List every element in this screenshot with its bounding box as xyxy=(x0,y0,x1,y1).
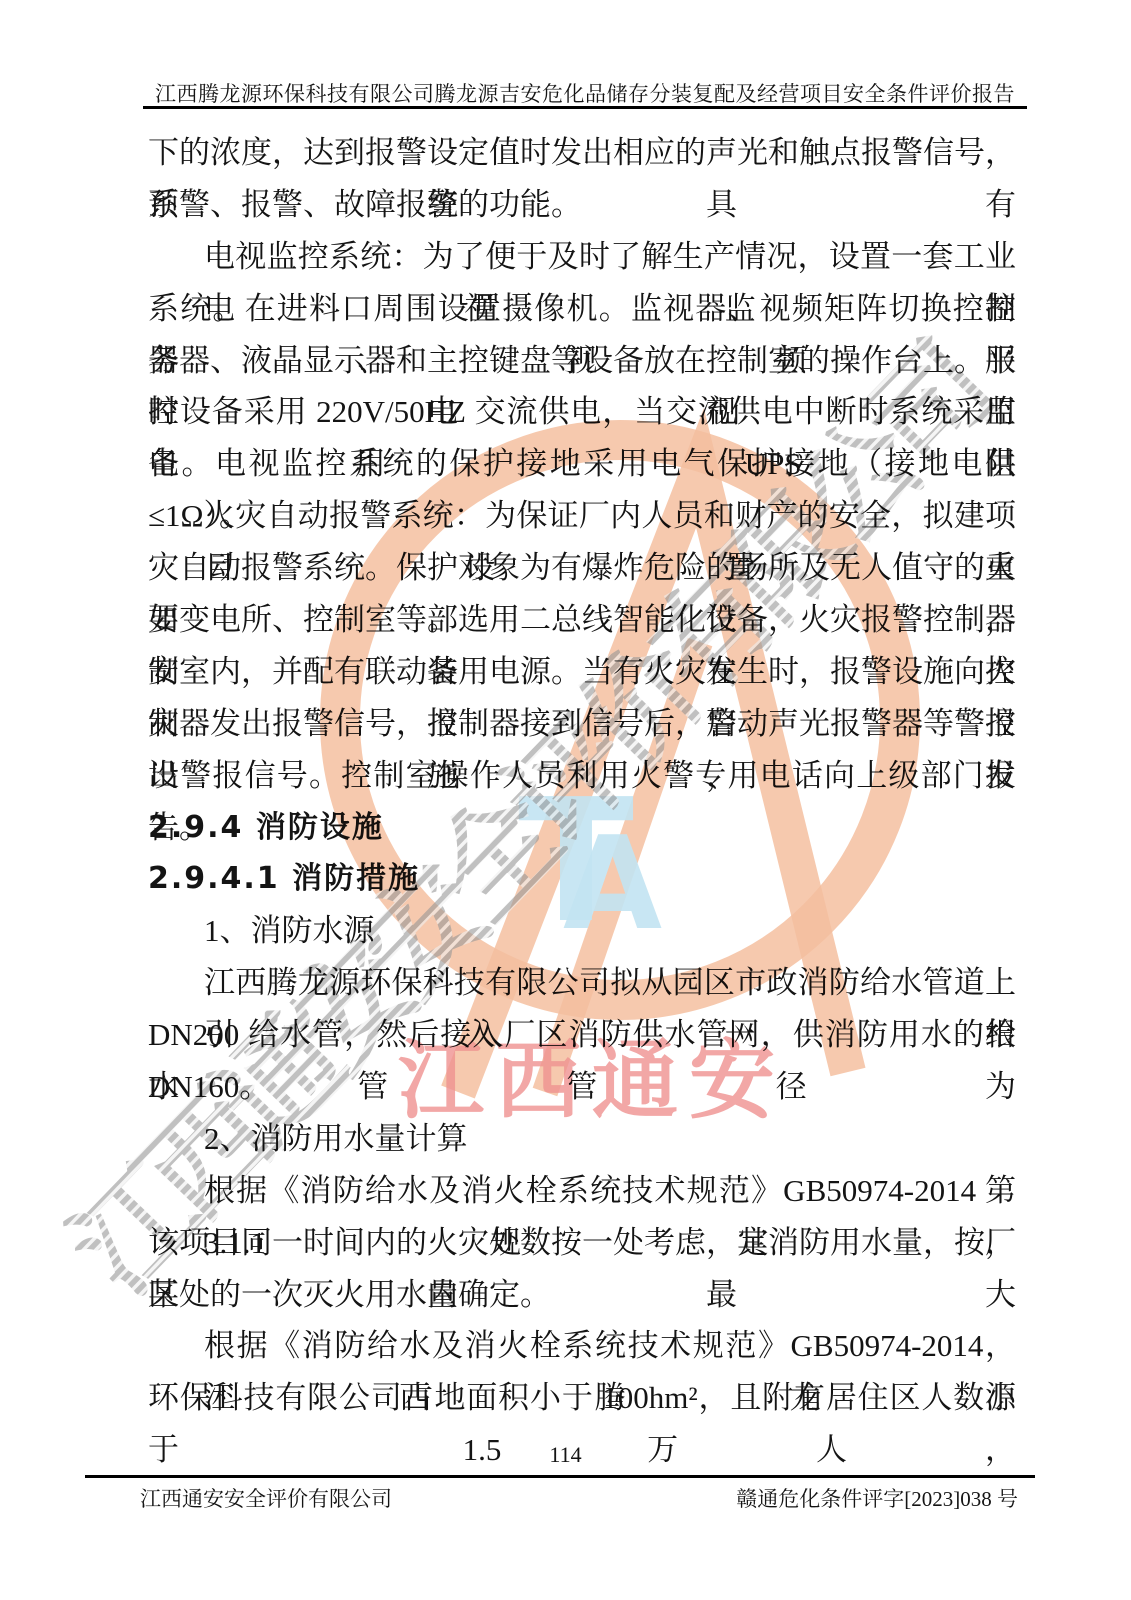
footer-doc-number: 赣通危化条件评字[2023]038 号 xyxy=(736,1483,1018,1513)
footer: 江西通安安全评价有限公司 赣通危化条件评字[2023]038 号 xyxy=(140,1483,1018,1513)
section-heading: 2.9.4 消防设施 xyxy=(148,802,1016,854)
body-line: 电视监控系统：为了便于及时了解生产情况，设置一套工业电视监控 xyxy=(148,231,1016,283)
body-line: 环保科技有限公司占地面积小于 100hm²，且附有居住区人数小于 1.5 万人， xyxy=(148,1372,1016,1424)
body-line: 如变电所、控制室等。选用二总线智能化设备，火灾报警控制器安装在控 xyxy=(148,594,1016,646)
body-line: 制室内，并配有联动备用电源。当有火灾发生时，报警设施向火灾报警控 xyxy=(148,646,1016,698)
body-line: 根据《消防给水及消火栓系统技术规范》GB50974-2014 第 3.1.1 规… xyxy=(148,1165,1016,1217)
body-line: 电。电视监控系统的保护接地采用电气保护接地（接地电阻≤1Ω）。 xyxy=(148,438,1016,490)
body-line: 出警报信号。控制室操作人员利用火警专用电话向上级部门报告。 xyxy=(148,750,1016,802)
body-line: 控设备采用 220V/50HZ 交流供电，当交流供电中断时系统采用备用 UPS … xyxy=(148,386,1016,438)
body-line: DN200 给水管，然后接入厂区消防供水管网，供消防用水的给水管管径为 xyxy=(148,1009,1016,1061)
body-line: 下的浓度，达到报警设定值时发出相应的声光和触点报警信号，系统具有 xyxy=(148,127,1016,179)
body-line: 灾自动报警系统。保护对象为有爆炸危险的场所及无人值守的重要部位， xyxy=(148,542,1016,594)
header-title: 江西腾龙源环保科技有限公司腾龙源吉安危化品储存分装复配及经营项目安全条件评价报告 xyxy=(145,78,1025,108)
body-line: 根据《消防给水及消火栓系统技术规范》GB50974-2014，江西腾龙源 xyxy=(148,1320,1016,1372)
footer-company: 江西通安安全评价有限公司 xyxy=(140,1483,392,1513)
body-line: 2、消防用水量计算 xyxy=(148,1113,1016,1165)
section-heading: 2.9.4.1 消防措施 xyxy=(148,853,1016,905)
body-line: 火灾自动报警系统：为保证厂内人员和财产的安全，拟建项目设置火 xyxy=(148,490,1016,542)
body-line: 系统。在进料口周围设置摄像机。监视器、视频矩阵切换控制器、视频服 xyxy=(148,283,1016,335)
document-body: 下的浓度，达到报警设定值时发出相应的声光和触点报警信号，系统具有预警、报警、故障… xyxy=(148,127,1016,1424)
header-rule xyxy=(143,106,1027,109)
page-number: 114 xyxy=(0,1442,1131,1468)
body-line: 1、消防水源 xyxy=(148,905,1016,957)
body-line: 务器、液晶显示器和主控键盘等设备放在控制室的操作台上。平时电视监 xyxy=(148,335,1016,387)
body-line: 制器发出报警信号，控制器接到信号后，启动声光报警器等警报设施，发 xyxy=(148,698,1016,750)
body-line: 江西腾龙源环保科技有限公司拟从园区市政消防给水管道上引入一根 xyxy=(148,957,1016,1009)
document-page: 江西腾龙源环保科技有限公司腾龙源吉安危化品储存分装复配及经营项目安全条件评价报告… xyxy=(0,0,1131,1600)
footer-rule xyxy=(85,1475,1035,1478)
body-line: 该项目同一时间内的火灾处数按一处考虑，其消防用水量，按厂区内最大 xyxy=(148,1217,1016,1269)
